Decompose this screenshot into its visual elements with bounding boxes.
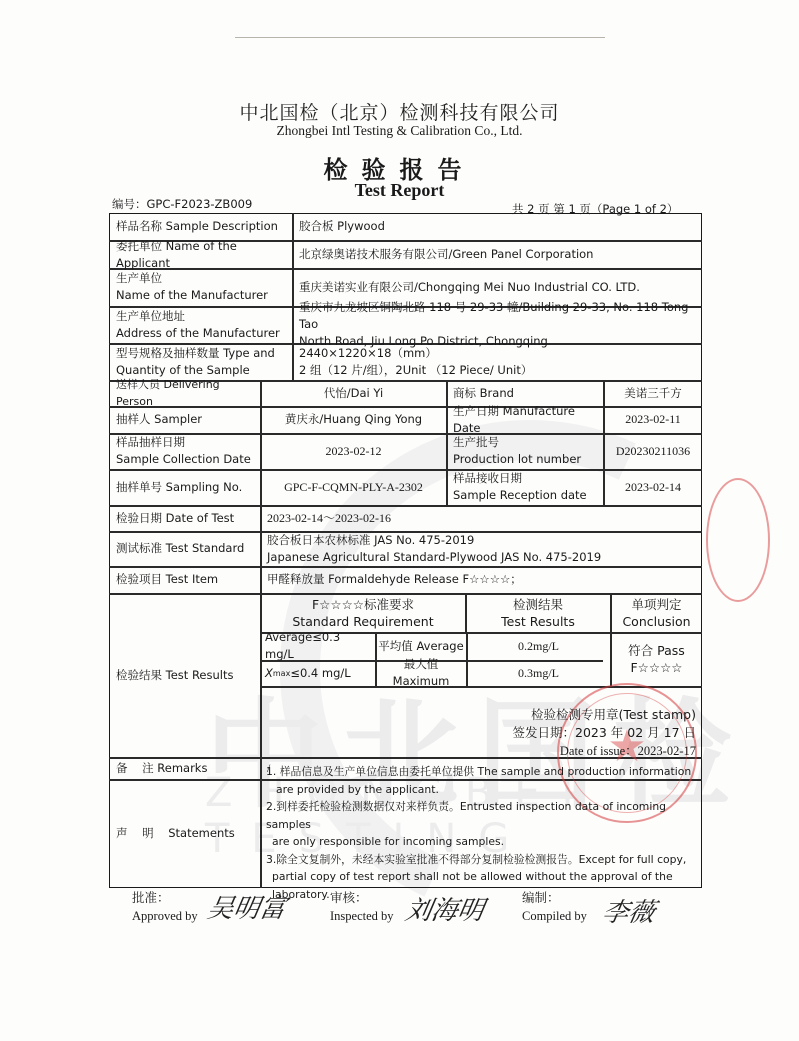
compiled-signature: 李薇: [600, 892, 659, 929]
header-conclusion: 单项判定 Conclusion: [611, 593, 702, 632]
statement-1-line-2: are provided by the applicant.: [266, 781, 697, 799]
compiled-by-cn: 编制：: [522, 888, 560, 908]
inspected-signature: 刘海明: [403, 890, 488, 927]
label-manufacture-date: 生产日期 Manufacture Date: [447, 406, 603, 433]
statements-list: 1. 样品信息及生产单位信息由委托单位提供 The sample and pro…: [261, 779, 702, 887]
stamp-label: 检验检测专用章(Test stamp): [531, 705, 696, 723]
label-production-lot: 生产批号 Production lot number: [447, 433, 603, 469]
side-stamp: [706, 478, 770, 602]
company-name-en: Zhongbei Intl Testing & Calibration Co.,…: [0, 123, 799, 139]
inspected-by-en: Inspected by: [330, 906, 394, 926]
result-average: 0.2mg/L: [467, 632, 610, 660]
requirement-maximum-subscript: max: [273, 665, 290, 682]
label-test-standard: 测试标准 Test Standard: [110, 531, 260, 566]
label-address-cn: 生产单位地址: [116, 308, 286, 325]
item-maximum: 最大值 Maximum: [376, 660, 466, 686]
label-production-lot-en: Production lot number: [453, 451, 597, 468]
value-reception-date: 2023-02-14: [604, 469, 702, 505]
statement-2-line-1: 2.到样委托检验检测数据仅对来样负责。Entrusted inspection …: [266, 798, 697, 833]
label-applicant: 委托单位 Name of the Applicant: [110, 241, 292, 268]
approved-signature: 吴明富: [205, 888, 290, 925]
company-name-cn: 中北国检（北京）检测科技有限公司: [0, 98, 799, 125]
label-date-of-test: 检验日期 Date of Test: [110, 505, 260, 531]
label-type-quantity: 型号规格及抽样数量 Type and Quantity of the Sampl…: [110, 343, 292, 380]
inspected-by-cn: 审核：: [330, 888, 368, 908]
label-remarks: 备 注 Remarks: [110, 757, 260, 779]
value-test-standard-en: Japanese Agricultural Standard-Plywood J…: [267, 549, 696, 566]
label-sampler: 抽样人 Sampler: [110, 406, 260, 433]
conclusion-value: 符合 Pass F☆☆☆☆: [611, 632, 702, 686]
report-number: 编号：GPC-F2023-ZB009: [112, 196, 252, 212]
page-edge: [235, 37, 605, 38]
value-sampler: 黄庆永/Huang Qing Yong: [261, 406, 446, 433]
header-test-results-cn: 检测结果: [513, 596, 563, 613]
statement-1-line-1: 1. 样品信息及生产单位信息由委托单位提供 The sample and pro…: [266, 763, 697, 781]
value-type-quantity: 2440×1220×18（mm） 2 组（12 片/组），2Unit （12 P…: [293, 343, 702, 380]
requirement-maximum-limit: ≤0.4 mg/L: [290, 665, 350, 682]
label-collection-date-cn: 样品抽样日期: [116, 434, 254, 451]
header-standard-requirement-cn: F☆☆☆☆标准要求: [312, 596, 414, 613]
label-address-en: Address of the Manufacturer: [116, 325, 286, 342]
value-type-quantity-line-1: 2440×1220×18（mm）: [299, 345, 696, 362]
value-test-item: 甲醛释放量 Formaldehyde Release F☆☆☆☆；: [261, 566, 702, 593]
label-test-item: 检验项目 Test Item: [110, 566, 260, 593]
requirement-average: Average≤0.3 mg/L: [261, 632, 375, 660]
label-manufacturer: 生产单位 Name of the Manufacturer: [110, 268, 292, 306]
result-maximum: 0.3mg/L: [467, 660, 610, 686]
statement-3-line-1: 3.除全文复制外，未经本实验室批准不得部分复制检验检测报告。Except for…: [266, 851, 697, 869]
label-reception-date-cn: 样品接收日期: [453, 470, 597, 487]
label-test-results: 检验结果 Test Results: [110, 593, 260, 757]
value-type-quantity-line-2: 2 组（12 片/组），2Unit （12 Piece/ Unit）: [299, 362, 696, 379]
label-statements: 声 明 Statements: [110, 779, 260, 887]
value-test-standard: 胶合板日本农林标准 JAS No. 475-2019 Japanese Agri…: [261, 531, 702, 566]
label-sample-description: 样品名称 Sample Description: [110, 213, 292, 240]
value-delivering-person: 代怡/Dai Yi: [261, 380, 446, 406]
value-address-line-1: 重庆市九龙坡区铜陶北路 118 号 29-33 幢/Building 29-33…: [299, 299, 696, 333]
label-production-lot-cn: 生产批号: [453, 434, 597, 451]
label-type-quantity-line-1: 型号规格及抽样数量 Type and: [116, 345, 286, 362]
requirement-maximum: Xmax≤0.4 mg/L: [261, 660, 375, 686]
value-sampling-no: GPC-F-CQMN-PLY-A-2302: [261, 469, 446, 505]
value-address: 重庆市九龙坡区铜陶北路 118 号 29-33 幢/Building 29-33…: [293, 306, 702, 343]
header-conclusion-en: Conclusion: [622, 613, 690, 630]
label-manufacturer-en: Name of the Manufacturer: [116, 287, 286, 304]
approved-by-en: Approved by: [132, 906, 198, 926]
compiled-by-en: Compiled by: [522, 906, 587, 926]
value-production-lot: D20230211036: [604, 433, 702, 469]
value-brand: 美诺三千方: [604, 380, 702, 406]
header-test-results: 检测结果 Test Results: [466, 593, 610, 632]
label-manufacturer-cn: 生产单位: [116, 270, 286, 287]
header-test-results-en: Test Results: [501, 613, 575, 630]
statement-2-line-2: are only responsible for incoming sample…: [266, 833, 697, 851]
conclusion-grade: F☆☆☆☆: [630, 659, 682, 676]
value-manufacture-date: 2023-02-11: [604, 406, 702, 433]
label-delivering-person: 送样人员 Delivering Person: [110, 380, 260, 406]
label-collection-date-en: Sample Collection Date: [116, 451, 254, 468]
label-address: 生产单位地址 Address of the Manufacturer: [110, 306, 292, 343]
label-reception-date: 样品接收日期 Sample Reception date: [447, 469, 603, 505]
header-standard-requirement: F☆☆☆☆标准要求 Standard Requirement: [261, 593, 465, 632]
value-collection-date: 2023-02-12: [261, 433, 446, 469]
value-test-standard-cn: 胶合板日本农林标准 JAS No. 475-2019: [267, 532, 696, 549]
value-sample-description: 胶合板 Plywood: [293, 213, 702, 240]
value-date-of-test: 2023-02-14～2023-02-16: [261, 505, 702, 531]
requirement-maximum-symbol: X: [265, 665, 273, 682]
conclusion-pass: 符合 Pass: [628, 642, 685, 659]
approved-by-cn: 批准：: [132, 888, 170, 908]
label-sampling-no: 抽样单号 Sampling No.: [110, 469, 260, 505]
value-applicant: 北京绿奥诺技术服务有限公司/Green Panel Corporation: [293, 241, 702, 268]
label-test-results-text: 检验结果 Test Results: [116, 667, 254, 684]
label-reception-date-en: Sample Reception date: [453, 487, 597, 504]
issue-date-cn: 签发日期：2023 年 02 月 17 日: [513, 723, 697, 741]
header-conclusion-cn: 单项判定: [631, 596, 681, 613]
header-standard-requirement-en: Standard Requirement: [292, 613, 433, 630]
label-collection-date: 样品抽样日期 Sample Collection Date: [110, 433, 260, 469]
